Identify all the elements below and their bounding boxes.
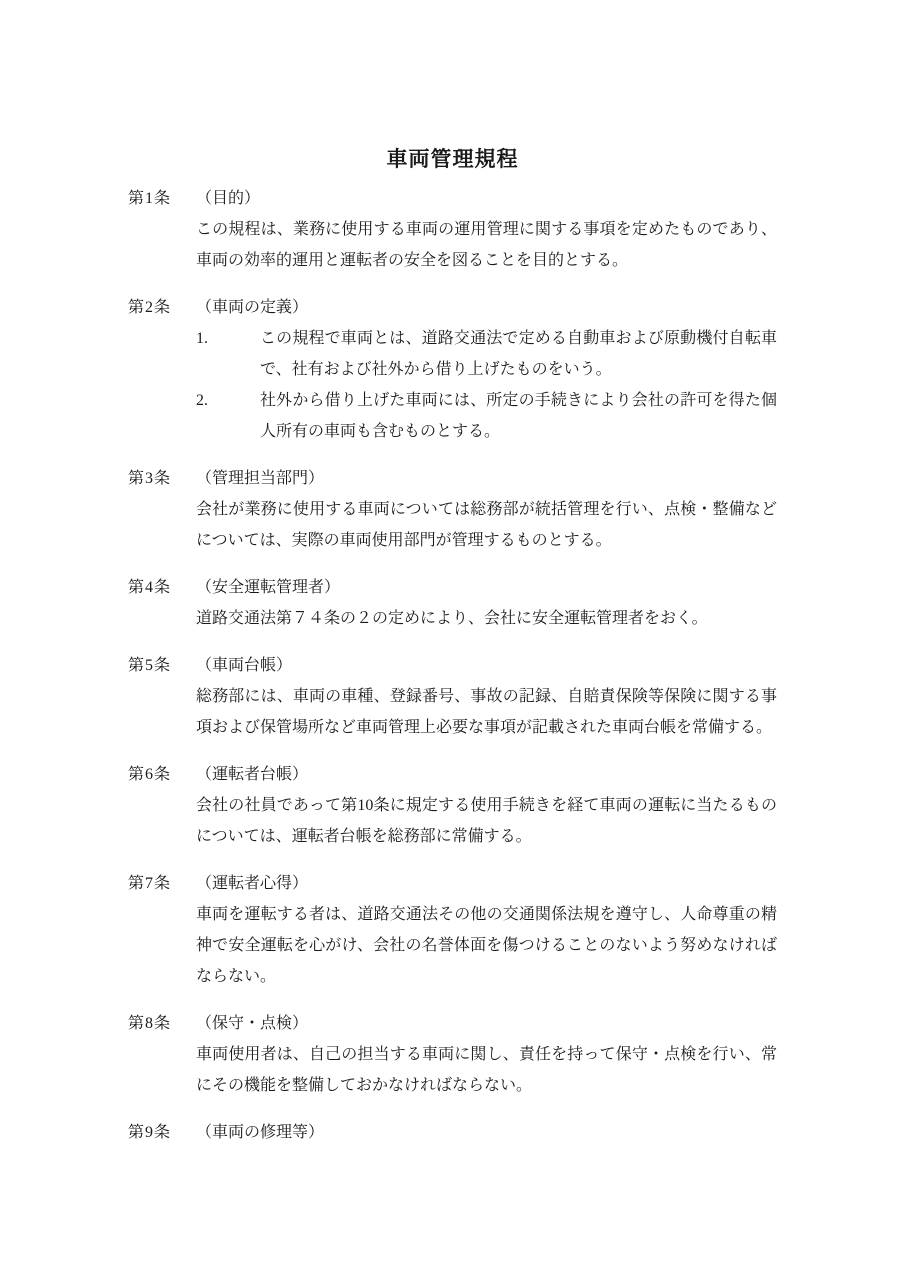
article-5-caption: （車両台帳） <box>196 650 777 681</box>
article-8-caption: （保守・点検） <box>196 1008 777 1039</box>
article-4-caption: （安全運転管理者） <box>196 572 777 603</box>
article-8-body: 車両使用者は、自己の担当する車両に関し、責任を持って保守・点検を行い、常にその機… <box>196 1039 777 1101</box>
article-8: 第8条 （保守・点検） 車両使用者は、自己の担当する車両に関し、責任を持って保守… <box>128 1008 777 1101</box>
article-3-body: 会社が業務に使用する車両については総務部が統括管理を行い、点検・整備などについて… <box>196 494 777 556</box>
article-2-clause-list: 1. この規程で車両とは、道路交通法で定める自動車および原動機付自転車で、社有お… <box>196 323 777 447</box>
article-1-caption: （目的） <box>196 183 777 214</box>
article-2-clause-1-text: この規程で車両とは、道路交通法で定める自動車および原動機付自転車で、社有および社… <box>260 323 777 385</box>
article-1-content: （目的） この規程は、業務に使用する車両の運用管理に関する事項を定めたものであり… <box>196 183 777 276</box>
article-1: 第1条 （目的） この規程は、業務に使用する車両の運用管理に関する事項を定めたも… <box>128 183 777 276</box>
article-4-content: （安全運転管理者） 道路交通法第７４条の２の定めにより、会社に安全運転管理者をお… <box>196 572 777 634</box>
article-9-content: （車両の修理等） <box>196 1117 777 1148</box>
article-4-body: 道路交通法第７４条の２の定めにより、会社に安全運転管理者をおく。 <box>196 603 777 634</box>
article-2: 第2条 （車両の定義） 1. この規程で車両とは、道路交通法で定める自動車および… <box>128 292 777 447</box>
article-5-number: 第5条 <box>128 650 196 743</box>
article-3-content: （管理担当部門） 会社が業務に使用する車両については総務部が統括管理を行い、点検… <box>196 463 777 556</box>
article-7: 第7条 （運転者心得） 車両を運転する者は、道路交通法その他の交通関係法規を遵守… <box>128 868 777 992</box>
article-7-body: 車両を運転する者は、道路交通法その他の交通関係法規を遵守し、人命尊重の精神で安全… <box>196 899 777 992</box>
article-9: 第9条 （車両の修理等） <box>128 1117 777 1148</box>
article-2-clause-1: 1. この規程で車両とは、道路交通法で定める自動車および原動機付自転車で、社有お… <box>196 323 777 385</box>
article-9-number: 第9条 <box>128 1117 196 1148</box>
article-2-clause-1-number: 1. <box>196 323 260 385</box>
article-2-clause-2-number: 2. <box>196 385 260 447</box>
article-3-number: 第3条 <box>128 463 196 556</box>
article-6: 第6条 （運転者台帳） 会社の社員であって第10条に規定する使用手続きを経て車両… <box>128 759 777 852</box>
article-8-content: （保守・点検） 車両使用者は、自己の担当する車両に関し、責任を持って保守・点検を… <box>196 1008 777 1101</box>
article-3-caption: （管理担当部門） <box>196 463 777 494</box>
article-8-number: 第8条 <box>128 1008 196 1101</box>
article-1-number: 第1条 <box>128 183 196 276</box>
article-4-number: 第4条 <box>128 572 196 634</box>
article-2-number: 第2条 <box>128 292 196 447</box>
article-2-caption: （車両の定義） <box>196 292 777 323</box>
article-7-content: （運転者心得） 車両を運転する者は、道路交通法その他の交通関係法規を遵守し、人命… <box>196 868 777 992</box>
article-3: 第3条 （管理担当部門） 会社が業務に使用する車両については総務部が統括管理を行… <box>128 463 777 556</box>
article-9-caption: （車両の修理等） <box>196 1117 777 1148</box>
article-5: 第5条 （車両台帳） 総務部には、車両の車種、登録番号、事故の記録、自賠責保険等… <box>128 650 777 743</box>
article-7-caption: （運転者心得） <box>196 868 777 899</box>
article-6-body: 会社の社員であって第10条に規定する使用手続きを経て車両の運転に当たるものについ… <box>196 790 777 852</box>
article-2-content: （車両の定義） 1. この規程で車両とは、道路交通法で定める自動車および原動機付… <box>196 292 777 447</box>
article-5-content: （車両台帳） 総務部には、車両の車種、登録番号、事故の記録、自賠責保険等保険に関… <box>196 650 777 743</box>
document-title: 車両管理規程 <box>128 146 777 173</box>
article-5-body: 総務部には、車両の車種、登録番号、事故の記録、自賠責保険等保険に関する事項および… <box>196 681 777 743</box>
article-6-number: 第6条 <box>128 759 196 852</box>
article-6-caption: （運転者台帳） <box>196 759 777 790</box>
article-6-content: （運転者台帳） 会社の社員であって第10条に規定する使用手続きを経て車両の運転に… <box>196 759 777 852</box>
article-2-clause-2: 2. 社外から借り上げた車両には、所定の手続きにより会社の許可を得た個人所有の車… <box>196 385 777 447</box>
article-7-number: 第7条 <box>128 868 196 992</box>
document-page: 車両管理規程 第1条 （目的） この規程は、業務に使用する車両の運用管理に関する… <box>0 0 905 1280</box>
article-2-clause-2-text: 社外から借り上げた車両には、所定の手続きにより会社の許可を得た個人所有の車両も含… <box>260 385 777 447</box>
article-1-body: この規程は、業務に使用する車両の運用管理に関する事項を定めたものであり、車両の効… <box>196 214 777 276</box>
article-4: 第4条 （安全運転管理者） 道路交通法第７４条の２の定めにより、会社に安全運転管… <box>128 572 777 634</box>
